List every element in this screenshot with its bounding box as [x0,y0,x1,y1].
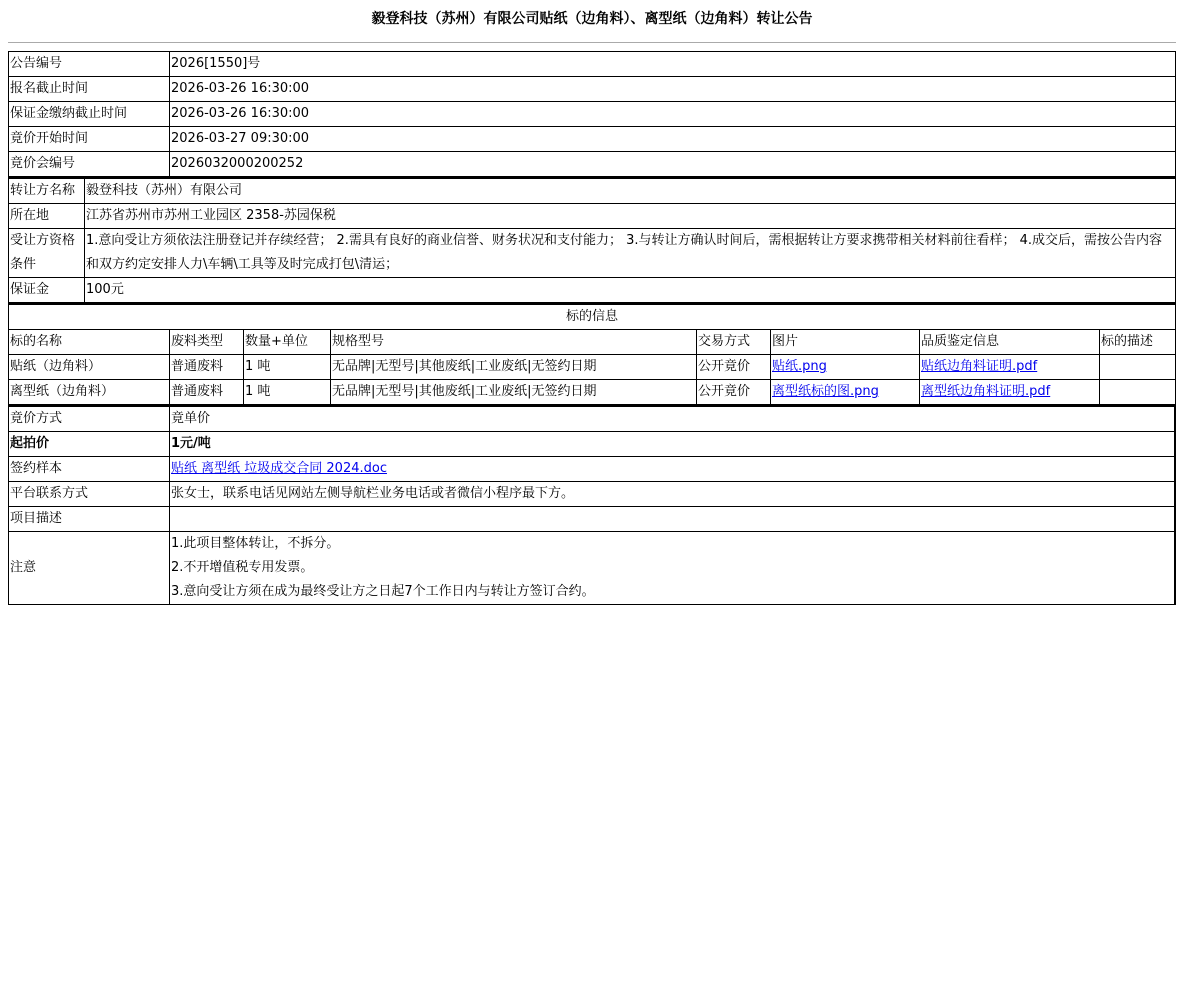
location-value: 江苏省苏州市苏州工业园区 2358-苏园保税 [85,204,1176,229]
contact-value: 张女士，联系电话见网站左侧导航栏业务电话或者微信小程序最下方。 [170,482,1176,507]
basic-info-table: 公告编号2026[1550]号 报名截止时间2026-03-26 16:30:0… [8,51,1176,177]
table-row: 受让方资格条件1.意向受让方须依法注册登记并存续经营； 2.需具有良好的商业信誉… [9,229,1176,278]
column-header: 数量+单位 [244,330,331,355]
table-row: 竟价开始时间2026-03-27 09:30:00 [9,127,1176,152]
project-desc-label: 项目描述 [9,507,170,532]
project-desc-value [170,507,1176,532]
item-quality-link[interactable]: 离型纸边角料证明.pdf [921,384,1050,399]
auction-no-value: 2026032000200252 [170,152,1176,177]
table-row: 平台联系方式张女士，联系电话见网站左侧导航栏业务电话或者微信小程序最下方。 [9,482,1176,507]
item-qty: 1 吨 [244,355,331,380]
column-header: 图片 [771,330,920,355]
item-desc [1100,380,1176,405]
bidding-method-label: 竟价方式 [9,406,170,432]
table-row: 贴纸（边角料） 普通废料 1 吨 无品牌|无型号|其他废纸|工业废纸|无签约日期… [9,355,1176,380]
item-type: 普通废料 [170,380,244,405]
bidding-table: 竟价方式竟单价 起拍价1元/吨 签约样本贴纸 离型纸 垃圾成交合同 2024.d… [8,405,1176,605]
note-item: 3.意向受让方须在成为最终受让方之日起7个工作日内与转让方签订合约。 [171,580,1173,604]
bidding-start-label: 竟价开始时间 [9,127,170,152]
item-trade: 公开竟价 [697,380,771,405]
divider [8,42,1176,43]
item-image-link[interactable]: 贴纸.png [772,359,827,374]
qualification-label: 受让方资格条件 [9,229,85,278]
table-row: 保证金缴纳截止时间2026-03-26 16:30:00 [9,102,1176,127]
table-row: 离型纸（边角料） 普通废料 1 吨 无品牌|无型号|其他废纸|工业废纸|无签约日… [9,380,1176,405]
item-desc [1100,355,1176,380]
transferor-name-label: 转让方名称 [9,178,85,204]
item-image-link[interactable]: 离型纸标的图.png [772,384,879,399]
column-header: 废料类型 [170,330,244,355]
transferor-table: 转让方名称毅登科技（苏州）有限公司 所在地江苏省苏州市苏州工业园区 2358-苏… [8,177,1176,303]
table-row: 所在地江苏省苏州市苏州工业园区 2358-苏园保税 [9,204,1176,229]
start-price-value: 1元/吨 [170,432,1176,457]
announcement-no-value: 2026[1550]号 [170,52,1176,77]
location-label: 所在地 [9,204,85,229]
notes-value: 1.此项目整体转让，不拆分。 2.不开增值税专用发票。 3.意向受让方须在成为最… [170,532,1176,605]
items-table: 标的信息 标的名称 废料类型 数量+单位 规格型号 交易方式 图片 品质鉴定信息… [8,303,1176,405]
table-row: 竟价方式竟单价 [9,406,1176,432]
table-row: 签约样本贴纸 离型纸 垃圾成交合同 2024.doc [9,457,1176,482]
column-header: 交易方式 [697,330,771,355]
item-qty: 1 吨 [244,380,331,405]
item-name: 离型纸（边角料） [9,380,170,405]
item-name: 贴纸（边角料） [9,355,170,380]
items-heading: 标的信息 [9,304,1176,330]
note-item: 1.此项目整体转让，不拆分。 [171,532,1173,556]
deposit-label: 保证金 [9,278,85,303]
contract-sample-label: 签约样本 [9,457,170,482]
item-trade: 公开竟价 [697,355,771,380]
column-header: 标的名称 [9,330,170,355]
table-row: 保证金100元 [9,278,1176,303]
items-heading-row: 标的信息 [9,304,1176,330]
column-header: 标的描述 [1100,330,1176,355]
table-row: 起拍价1元/吨 [9,432,1176,457]
deposit-value: 100元 [85,278,1176,303]
table-row: 报名截止时间2026-03-26 16:30:00 [9,77,1176,102]
page-title: 毅登科技（苏州）有限公司贴纸（边角料）、离型纸（边角料）转让公告 [0,0,1184,32]
table-row: 注意 1.此项目整体转让，不拆分。 2.不开增值税专用发票。 3.意向受让方须在… [9,532,1176,605]
start-price-label: 起拍价 [9,432,170,457]
item-quality-link[interactable]: 贴纸边角料证明.pdf [921,359,1037,374]
contact-label: 平台联系方式 [9,482,170,507]
table-row: 公告编号2026[1550]号 [9,52,1176,77]
table-row: 项目描述 [9,507,1176,532]
registration-deadline-label: 报名截止时间 [9,77,170,102]
note-item: 2.不开增值税专用发票。 [171,556,1173,580]
bidding-start-value: 2026-03-27 09:30:00 [170,127,1176,152]
item-spec: 无品牌|无型号|其他废纸|工业废纸|无签约日期 [331,355,697,380]
deposit-deadline-value: 2026-03-26 16:30:00 [170,102,1176,127]
items-header-row: 标的名称 废料类型 数量+单位 规格型号 交易方式 图片 品质鉴定信息 标的描述 [9,330,1176,355]
registration-deadline-value: 2026-03-26 16:30:00 [170,77,1176,102]
column-header: 品质鉴定信息 [920,330,1100,355]
transferor-name-value: 毅登科技（苏州）有限公司 [85,178,1176,204]
qualification-value: 1.意向受让方须依法注册登记并存续经营； 2.需具有良好的商业信誉、财务状况和支… [85,229,1176,278]
table-row: 转让方名称毅登科技（苏州）有限公司 [9,178,1176,204]
table-row: 竟价会编号2026032000200252 [9,152,1176,177]
column-header: 规格型号 [331,330,697,355]
notes-label: 注意 [9,532,170,605]
bidding-method-value: 竟单价 [170,406,1176,432]
auction-no-label: 竟价会编号 [9,152,170,177]
item-type: 普通废料 [170,355,244,380]
item-spec: 无品牌|无型号|其他废纸|工业废纸|无签约日期 [331,380,697,405]
deposit-deadline-label: 保证金缴纳截止时间 [9,102,170,127]
contract-sample-link[interactable]: 贴纸 离型纸 垃圾成交合同 2024.doc [171,461,387,476]
announcement-no-label: 公告编号 [9,52,170,77]
